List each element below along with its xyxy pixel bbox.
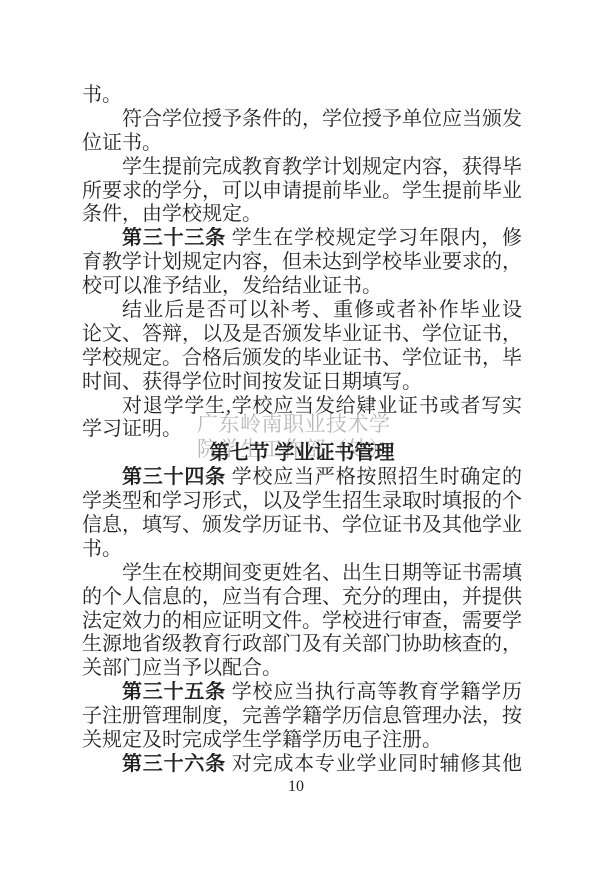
text-line: 学习证明。 [82, 418, 522, 442]
document-text: 书。符合学位授予条件的，学位授予单位应当颁发学位证书。学生提前完成教育教学计划规… [82, 84, 522, 777]
article-number: 第三十六条 [122, 753, 226, 775]
text-line: 关规定及时完成学生学籍学历电子注册。 [82, 729, 522, 753]
text-line: 符合学位授予条件的，学位授予单位应当颁发学 [82, 108, 522, 132]
text-line: 学类型和学习形式，以及学生招生录取时填报的个人 [82, 490, 522, 514]
text-line: 结业后是否可以补考、重修或者补作毕业设计、 [82, 299, 522, 323]
text-line: 学生提前完成教育教学计划规定内容，获得毕业 [82, 156, 522, 180]
text-line: 位证书。 [82, 132, 522, 156]
text-line: 书。 [82, 84, 522, 108]
text-line: 所要求的学分，可以申请提前毕业。学生提前毕业的 [82, 180, 522, 204]
text-line: 对退学学生,学校应当发给肄业证书或者写实性 [82, 395, 522, 419]
page-number: 10 [0, 778, 592, 796]
text-line: 育教学计划规定内容，但未达到学校毕业要求的，学 [82, 251, 522, 275]
text-line: 书。 [82, 538, 522, 562]
text-line: 第三十四条 学校应当严格按照招生时确定的办 [82, 466, 522, 490]
text-line: 第三十五条 学校应当执行高等教育学籍学历电 [82, 681, 522, 705]
text-line: 时间、获得学位时间按发证日期填写。 [82, 371, 522, 395]
article-number: 第三十四条 [122, 466, 226, 488]
article-number: 第三十五条 [122, 681, 226, 703]
text-line: 论文、答辩，以及是否颁发毕业证书、学位证书，由 [82, 323, 522, 347]
article-number: 第三十三条 [122, 227, 226, 249]
text-line: 第三十三条 学生在学校规定学习年限内，修完教 [82, 227, 522, 251]
text-line: 学校规定。合格后颁发的毕业证书、学位证书，毕业 [82, 347, 522, 371]
text-line: 子注册管理制度，完善学籍学历信息管理办法，按相 [82, 705, 522, 729]
text-line: 学生在校期间变更姓名、出生日期等证书需填写 [82, 562, 522, 586]
document-page: 广东岭南职业技术学 院学生工作部（处） 书。符合学位授予条件的，学位授予单位应当… [0, 0, 600, 873]
text-line: 第三十六条 对完成本专业学业同时辅修其他专 [82, 753, 522, 777]
text-line: 的个人信息的，应当有合理、充分的理由，并提供有 [82, 586, 522, 610]
text-line: 信息，填写、颁发学历证书、学位证书及其他学业证 [82, 514, 522, 538]
text-line: 法定效力的相应证明文件。学校进行审查，需要学生 [82, 610, 522, 634]
text-line: 条件，由学校规定。 [82, 203, 522, 227]
text-line: 校可以准予结业，发给结业证书。 [82, 275, 522, 299]
text-line: 关部门应当予以配合。 [82, 657, 522, 681]
text-line: 生源地省级教育行政部门及有关部门协助核查的，有 [82, 633, 522, 657]
section-heading: 第七节 学业证书管理 [82, 442, 522, 466]
